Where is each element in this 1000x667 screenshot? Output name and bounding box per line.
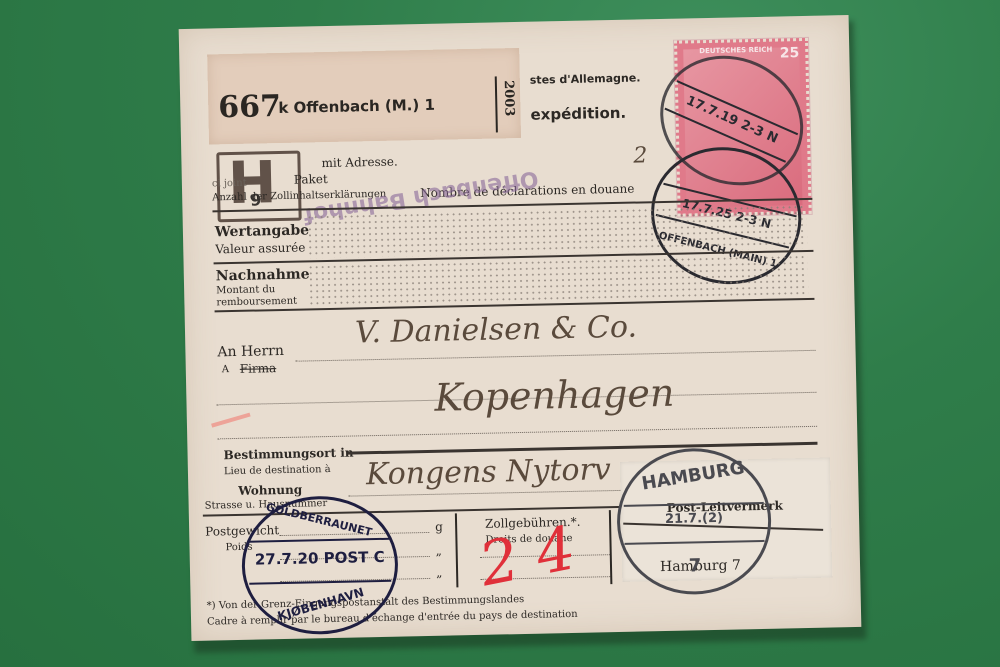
label-office: k Offenbach (M.) 1 [278,96,435,117]
g-unit: g [435,520,443,534]
header-line2: expédition. [530,104,626,124]
montant-label-1: Montant du [216,284,275,296]
an-herrn-label: An Herrn [217,343,284,360]
label-divider [495,76,498,132]
ditto-2: „ [436,566,443,580]
valeur-label: Valeur assurée [215,240,305,256]
wertangabe-label: Wertangabe [215,222,309,240]
montant-label-2: remboursement [216,296,297,309]
address-label: 667 k Offenbach (M.) 1 2003 [207,48,521,145]
bestimmungsort-label: Bestimmungsort in [223,446,353,463]
row1-joint: ci joint [212,178,247,190]
label-serial: 2003 [501,80,517,116]
label-number: 667 [218,89,281,125]
row1-suffix: mit Adresse. [321,155,398,171]
header-line1: stes d'Allemagne. [530,71,641,86]
a-prefix: A [222,364,229,375]
recipient-handwriting: V. Danielsen & Co. [355,310,638,351]
street-handwriting: Kongens Nytorv [366,452,611,492]
ditto-1: „ [436,544,443,558]
firma-label: Firma [240,361,277,376]
parcel-card: 667 k Offenbach (M.) 1 2003 stes d'Allem… [179,15,862,641]
row1-paket: Paket [294,172,328,187]
lieu-label: Lieu de destination à [224,464,331,477]
postmark-hamburg: HAMBURG 21.7.(2) 7 [616,447,773,596]
row1-value: 2 [633,143,648,168]
city-handwriting: Kopenhagen [434,371,675,420]
nachnahme-label: Nachnahme [216,266,310,284]
